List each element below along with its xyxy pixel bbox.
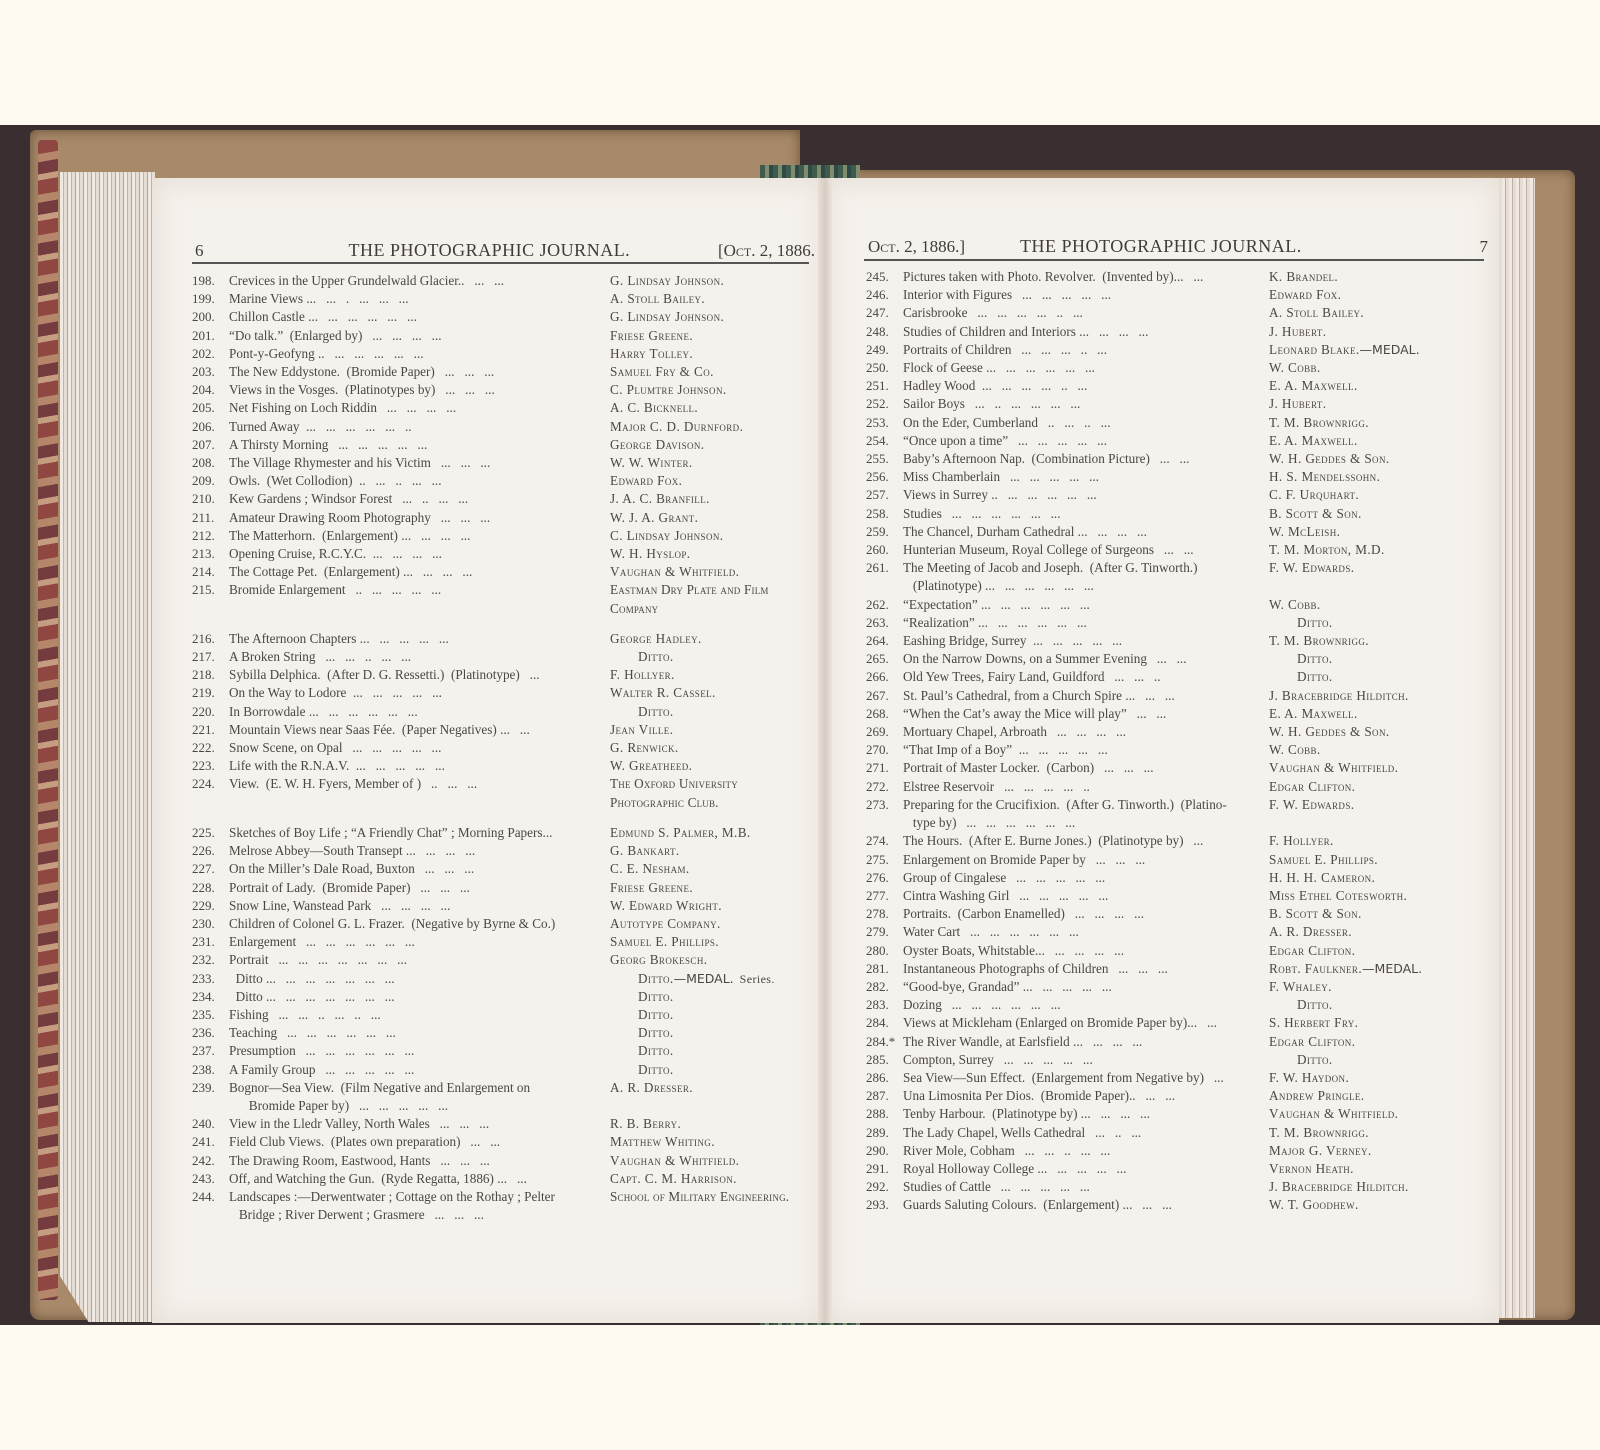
exhibitor-name: Edward Fox. <box>604 472 810 490</box>
exhibit-title: Marine Views ... ... . ... ... ... <box>229 290 604 308</box>
exhibit-entry: 237.Presumption ... ... ... ... ... ...D… <box>192 1042 822 1060</box>
exhibitor-name: W. Cobb. <box>1263 359 1479 377</box>
exhibit-number: 276. <box>866 869 903 887</box>
exhibit-title: Kew Gardens ; Windsor Forest ... .. ... … <box>229 490 604 508</box>
exhibitor-name-text: W. Cobb. <box>1269 742 1321 757</box>
exhibitor-name-text: E. A. Maxwell. <box>1269 378 1358 393</box>
exhibit-number: 224. <box>192 775 229 793</box>
exhibit-entry: 284.Views at Mickleham (Enlarged on Brom… <box>866 1014 1496 1032</box>
exhibit-entry: 278.Portraits. (Carbon Enamelled) ... ..… <box>866 905 1496 923</box>
exhibitor-name: W. W. Winter. <box>604 454 810 472</box>
exhibit-entry: 238.A Family Group ... ... ... ... ...Di… <box>192 1061 822 1079</box>
exhibit-title: Miss Chamberlain ... ... ... ... ... <box>903 468 1263 486</box>
exhibit-title: Fishing ... ... .. ... .. ... <box>229 1006 604 1024</box>
exhibitor-name: A. C. Bicknell. <box>604 399 810 417</box>
exhibitor-name-text: W. J. A. Grant. <box>610 510 698 525</box>
exhibit-title: Snow Line, Wanstead Park ... ... ... ... <box>229 897 604 915</box>
exhibit-title: River Mole, Cobham ... ... .. ... ... <box>903 1142 1263 1160</box>
exhibitor-name: W. T. Goodhew. <box>1263 1196 1479 1214</box>
exhibitor-name-text: Ditto. <box>638 1025 674 1040</box>
exhibit-number: 253. <box>866 414 903 432</box>
exhibit-title: Old Yew Trees, Fairy Land, Guildford ...… <box>903 668 1263 686</box>
exhibitor-name-text: G. Lindsay Johnson. <box>610 309 724 324</box>
issue-date: [Oct. 2, 1886. <box>718 241 815 261</box>
exhibit-entry: 256.Miss Chamberlain ... ... ... ... ...… <box>866 468 1496 486</box>
exhibit-title: St. Paul’s Cathedral, from a Church Spir… <box>903 687 1263 705</box>
exhibitor-name: Ditto. <box>604 988 838 1006</box>
exhibit-number: 240. <box>192 1115 229 1133</box>
exhibit-number: 229. <box>192 897 229 915</box>
medal-badge: —MEDAL. <box>1362 961 1422 976</box>
exhibitor-name: Andrew Pringle. <box>1263 1087 1479 1105</box>
exhibit-entry: 213.Opening Cruise, R.C.Y.C. ... ... ...… <box>192 545 822 563</box>
exhibit-entry: 290.River Mole, Cobham ... ... .. ... ..… <box>866 1142 1496 1160</box>
exhibit-entry: 266.Old Yew Trees, Fairy Land, Guildford… <box>866 668 1496 686</box>
exhibitor-name-text: Leonard Blake. <box>1269 342 1360 357</box>
exhibitor-name-text: W. T. Goodhew. <box>1269 1197 1359 1212</box>
exhibit-title: Portraits of Children ... ... ... .. ... <box>903 341 1263 359</box>
exhibit-number: 228. <box>192 879 229 897</box>
exhibit-number: 239. <box>192 1079 229 1097</box>
exhibitor-name-text: J. Hubert. <box>1269 324 1327 339</box>
header-rule <box>864 259 1484 261</box>
exhibit-title: Interior with Figures ... ... ... ... ..… <box>903 286 1263 304</box>
exhibitor-name-text: Harry Tolley. <box>610 346 693 361</box>
exhibitor-name: J. Hubert. <box>1263 395 1479 413</box>
exhibit-title: Amateur Drawing Room Photography ... ...… <box>229 509 604 527</box>
exhibit-entry: 276.Group of Cingalese ... ... ... ... .… <box>866 869 1496 887</box>
exhibitor-name: Ditto. <box>1263 668 1507 686</box>
exhibitor-name-text: G. Renwick. <box>610 740 679 755</box>
exhibit-entry: 215.Bromide Enlargement .. ... ... ... .… <box>192 581 822 617</box>
exhibit-entry: 260.Hunterian Museum, Royal College of S… <box>866 541 1496 559</box>
exhibit-number: 258. <box>866 505 903 523</box>
exhibit-title: Flock of Geese ... ... ... ... ... ... <box>903 359 1263 377</box>
exhibitor-name: Major C. D. Durnford. <box>604 418 810 436</box>
exhibit-number: 278. <box>866 905 903 923</box>
exhibit-number: 281. <box>866 960 903 978</box>
exhibitor-name: J. Hubert. <box>1263 323 1479 341</box>
exhibitor-name-text: W. McLeish. <box>1269 524 1340 539</box>
exhibit-number: 268. <box>866 705 903 723</box>
exhibit-number: 288. <box>866 1105 903 1123</box>
exhibit-title: Ditto ... ... ... ... ... ... ... <box>229 988 604 1006</box>
exhibitor-name: Leonard Blake.—MEDAL. <box>1263 341 1479 359</box>
exhibit-entry: 255.Baby’s Afternoon Nap. (Combination P… <box>866 450 1496 468</box>
exhibitor-name-text: B. Scott & Son. <box>1269 906 1362 921</box>
exhibit-number: 210. <box>192 490 229 508</box>
exhibitor-name-text: T. M. Brownrigg. <box>1269 633 1369 648</box>
exhibit-number: 235. <box>192 1006 229 1024</box>
exhibit-title: On the Way to Lodore ... ... ... ... ... <box>229 684 604 702</box>
exhibit-number: 238. <box>192 1061 229 1079</box>
exhibit-title: Instantaneous Photographs of Children ..… <box>903 960 1263 978</box>
exhibit-title: Una Limosnita Per Dios. (Bromide Paper).… <box>903 1087 1263 1105</box>
exhibit-title: A Family Group ... ... ... ... ... <box>229 1061 604 1079</box>
exhibit-number: 205. <box>192 399 229 417</box>
exhibit-title: Snow Scene, on Opal ... ... ... ... ... <box>229 739 604 757</box>
exhibit-list: 198.Crevices in the Upper Grundelwald Gl… <box>192 272 822 1224</box>
exhibit-entry: 236.Teaching ... ... ... ... ... ...Ditt… <box>192 1024 822 1042</box>
exhibitor-name: Matthew Whiting. <box>604 1133 810 1151</box>
spacer <box>192 812 822 824</box>
exhibitor-name: B. Scott & Son. <box>1263 905 1479 923</box>
exhibit-number: 204. <box>192 381 229 399</box>
exhibit-number: 242. <box>192 1152 229 1170</box>
exhibitor-name: Friese Greene. <box>604 879 810 897</box>
exhibit-entry: 198.Crevices in the Upper Grundelwald Gl… <box>192 272 822 290</box>
exhibit-number: 282. <box>866 978 903 996</box>
exhibit-entry: 244.Landscapes :—Derwentwater ; Cottage … <box>192 1188 822 1224</box>
exhibitor-name: F. Hollyer. <box>604 666 810 684</box>
exhibit-number: 241. <box>192 1133 229 1151</box>
exhibitor-name: A. R. Dresser. <box>604 1079 810 1097</box>
exhibit-title: Mortuary Chapel, Arbroath ... ... ... ..… <box>903 723 1263 741</box>
exhibitor-name-text: Capt. C. M. Harrison. <box>610 1171 737 1186</box>
exhibit-entry: 218.Sybilla Delphica. (After D. G. Resse… <box>192 666 822 684</box>
medal-badge: —MEDAL. <box>1360 342 1420 357</box>
exhibit-number: 269. <box>866 723 903 741</box>
exhibitor-name-text: G. Bankart. <box>610 843 680 858</box>
exhibit-entry: 228.Portrait of Lady. (Bromide Paper) ..… <box>192 879 822 897</box>
exhibit-entry: 212.The Matterhorn. (Enlargement) ... ..… <box>192 527 822 545</box>
exhibitor-name-text: H. H. H. Cameron. <box>1269 870 1375 885</box>
exhibit-entry: 259.The Chancel, Durham Cathedral ... ..… <box>866 523 1496 541</box>
exhibit-number: 207. <box>192 436 229 454</box>
exhibitor-name: C. Plumtre Johnson. <box>604 381 810 399</box>
exhibit-title: The Meeting of Jacob and Joseph. (After … <box>903 559 1263 595</box>
page-number: 6 <box>195 241 204 261</box>
exhibit-title: Sea View—Sun Effect. (Enlargement from N… <box>903 1069 1263 1087</box>
exhibitor-name: Vernon Heath. <box>1263 1160 1479 1178</box>
exhibit-title: Enlargement on Bromide Paper by ... ... … <box>903 851 1263 869</box>
exhibit-entry: 223.Life with the R.N.A.V. ... ... ... .… <box>192 757 822 775</box>
exhibit-entry: 227.On the Miller’s Dale Road, Buxton ..… <box>192 860 822 878</box>
exhibit-number: 280. <box>866 942 903 960</box>
exhibit-entry: 241.Field Club Views. (Plates own prepar… <box>192 1133 822 1151</box>
exhibit-number: 262. <box>866 596 903 614</box>
exhibitor-name-text: Samuel E. Phillips. <box>610 934 719 949</box>
exhibitor-name: Ditto.—MEDAL.Series. <box>604 970 838 988</box>
exhibit-entry: 285.Compton, Surrey ... ... ... ... ...D… <box>866 1051 1496 1069</box>
exhibit-number: 290. <box>866 1142 903 1160</box>
exhibit-entry: 221.Mountain Views near Saas Fée. (Paper… <box>192 721 822 739</box>
exhibit-number: 279. <box>866 923 903 941</box>
spacer <box>192 618 822 630</box>
exhibit-number: 260. <box>866 541 903 559</box>
exhibit-title: Portraits. (Carbon Enamelled) ... ... ..… <box>903 905 1263 923</box>
exhibit-entry: 231.Enlargement ... ... ... ... ... ...S… <box>192 933 822 951</box>
exhibitor-name: F. Whaley. <box>1263 978 1479 996</box>
exhibit-number: 237. <box>192 1042 229 1060</box>
exhibitor-name-text: Edgar Clifton. <box>1269 943 1355 958</box>
exhibit-entry: 261.The Meeting of Jacob and Joseph. (Af… <box>866 559 1496 595</box>
exhibit-number: 213. <box>192 545 229 563</box>
exhibitor-name: Vaughan & Whitfield. <box>1263 759 1479 777</box>
exhibit-entry: 262.“Expectation” ... ... ... ... ... ..… <box>866 596 1496 614</box>
exhibitor-name: J. Bracebridge Hilditch. <box>1263 1178 1479 1196</box>
exhibitor-name: Capt. C. M. Harrison. <box>604 1170 810 1188</box>
exhibitor-name-text: Georg Brokesch. <box>610 952 707 967</box>
exhibitor-name: W. H. Geddes & Son. <box>1263 723 1479 741</box>
exhibit-entry: 272.Elstree Reservoir ... ... ... ... ..… <box>866 778 1496 796</box>
exhibit-number: 243. <box>192 1170 229 1188</box>
exhibitor-name-text: Samuel E. Phillips. <box>1269 852 1378 867</box>
exhibit-number: 291. <box>866 1160 903 1178</box>
exhibitor-name-text: Walter R. Cassel. <box>610 685 716 700</box>
exhibitor-name: F. W. Edwards. <box>1263 796 1479 814</box>
exhibitor-name-text: Edward Fox. <box>610 473 682 488</box>
exhibit-entry: 201.“Do talk.” (Enlarged by) ... ... ...… <box>192 327 822 345</box>
exhibit-number: 230. <box>192 915 229 933</box>
exhibitor-name: B. Scott & Son. <box>1263 505 1479 523</box>
exhibitor-name: Jean Ville. <box>604 721 810 739</box>
exhibit-title: Life with the R.N.A.V. ... ... ... ... .… <box>229 757 604 775</box>
exhibitor-name: Georg Brokesch. <box>604 951 810 969</box>
exhibit-title: Guards Saluting Colours. (Enlargement) .… <box>903 1196 1263 1214</box>
exhibit-number: 222. <box>192 739 229 757</box>
exhibitor-name: Walter R. Cassel. <box>604 684 810 702</box>
exhibit-number: 266. <box>866 668 903 686</box>
exhibit-entry: 214.The Cottage Pet. (Enlargement) ... .… <box>192 563 822 581</box>
exhibit-number: 202. <box>192 345 229 363</box>
exhibit-title: Off, and Watching the Gun. (Ryde Regatta… <box>229 1170 604 1188</box>
exhibit-title: Presumption ... ... ... ... ... ... <box>229 1042 604 1060</box>
exhibit-entry: 208.The Village Rhymester and his Victim… <box>192 454 822 472</box>
exhibit-number: 245. <box>866 268 903 286</box>
exhibitor-name-text: F. W. Edwards. <box>1269 560 1354 575</box>
exhibit-number: 249. <box>866 341 903 359</box>
exhibit-entry: 284.*The River Wandle, at Earlsfield ...… <box>866 1033 1496 1051</box>
journal-title: THE PHOTOGRAPHIC JOURNAL. <box>349 240 631 261</box>
exhibit-entry: 204.Views in the Vosges. (Platinotypes b… <box>192 381 822 399</box>
issue-date: Oct. 2, 1886.] <box>868 237 965 257</box>
exhibit-number: 234. <box>192 988 229 1006</box>
exhibitor-name-text: C. Plumtre Johnson. <box>610 382 727 397</box>
exhibitor-name-text: The Oxford University Photographic Club. <box>610 776 738 809</box>
exhibit-list: 245.Pictures taken with Photo. Revolver.… <box>866 268 1496 1215</box>
exhibit-title: Views in Surrey .. ... ... ... ... ... <box>903 486 1263 504</box>
exhibitor-name-text: Ditto. <box>638 1062 674 1077</box>
exhibit-number: 251. <box>866 377 903 395</box>
exhibitor-name-text: B. Scott & Son. <box>1269 506 1362 521</box>
exhibit-number: 265. <box>866 650 903 668</box>
exhibit-title: “Realization” ... ... ... ... ... ... <box>903 614 1263 632</box>
exhibit-entry: 247.Carisbrooke ... ... ... ... .. ...A.… <box>866 304 1496 322</box>
exhibit-title: Opening Cruise, R.C.Y.C. ... ... ... ... <box>229 545 604 563</box>
exhibit-title: Bromide Enlargement .. ... ... ... ... <box>229 581 604 599</box>
exhibitor-name-text: George Davison. <box>610 437 704 452</box>
exhibitor-name-text: W. Cobb. <box>1269 360 1321 375</box>
exhibit-title: “That Imp of a Boy” ... ... ... ... ... <box>903 741 1263 759</box>
exhibitor-name-text: T. M. Brownrigg. <box>1269 1125 1369 1140</box>
exhibit-number: 271. <box>866 759 903 777</box>
exhibit-title: Pont-y-Geofyng .. ... ... ... ... ... <box>229 345 604 363</box>
exhibitor-name: J. A. C. Branfill. <box>604 490 810 508</box>
exhibit-entry: 277.Cintra Washing Girl ... ... ... ... … <box>866 887 1496 905</box>
exhibitor-name-text: A. Stoll Bailey. <box>1269 305 1364 320</box>
exhibitor-name-text: Ditto. <box>1297 997 1333 1012</box>
exhibit-number: 216. <box>192 630 229 648</box>
exhibit-number: 226. <box>192 842 229 860</box>
exhibitor-name-text: Jean Ville. <box>610 722 673 737</box>
exhibit-number: 200. <box>192 308 229 326</box>
exhibit-entry: 222.Snow Scene, on Opal ... ... ... ... … <box>192 739 822 757</box>
exhibitor-name: E. A. Maxwell. <box>1263 705 1479 723</box>
exhibitor-name: Edward Fox. <box>1263 286 1479 304</box>
exhibitor-name: Ditto. <box>604 1024 838 1042</box>
exhibit-title: Pictures taken with Photo. Revolver. (In… <box>903 268 1263 286</box>
exhibit-entry: 282.“Good-bye, Grandad” ... ... ... ... … <box>866 978 1496 996</box>
exhibit-title: Portrait ... ... ... ... ... ... ... <box>229 951 604 969</box>
exhibit-number: 259. <box>866 523 903 541</box>
exhibit-number: 267. <box>866 687 903 705</box>
exhibitor-name-text: School of Military Engineering. <box>610 1189 789 1204</box>
exhibit-number: 289. <box>866 1124 903 1142</box>
exhibit-title: Elstree Reservoir ... ... ... ... .. <box>903 778 1263 796</box>
exhibitor-name-text: Edmund S. Palmer, M.B. <box>610 825 751 840</box>
exhibit-number: 246. <box>866 286 903 304</box>
exhibitor-name: Miss Ethel Cotesworth. <box>1263 887 1479 905</box>
exhibit-title: Turned Away ... ... ... ... ... .. <box>229 418 604 436</box>
exhibit-entry: 271.Portrait of Master Locker. (Carbon) … <box>866 759 1496 777</box>
exhibitor-name-text: Vaughan & Whitfield. <box>610 1153 739 1168</box>
exhibitor-name-text: E. A. Maxwell. <box>1269 706 1358 721</box>
exhibit-title: Baby’s Afternoon Nap. (Combination Pictu… <box>903 450 1263 468</box>
exhibit-entry: 242.The Drawing Room, Eastwood, Hants ..… <box>192 1152 822 1170</box>
exhibitor-name-text: Vernon Heath. <box>1269 1161 1354 1176</box>
exhibitor-name-text: Andrew Pringle. <box>1269 1088 1364 1103</box>
exhibit-title: Water Cart ... ... ... ... ... ... <box>903 923 1263 941</box>
exhibit-title: Children of Colonel G. L. Frazer. (Negat… <box>229 915 604 933</box>
exhibit-entry: 209.Owls. (Wet Collodion) .. ... .. ... … <box>192 472 822 490</box>
left-page: 6 THE PHOTOGRAPHIC JOURNAL. [Oct. 2, 188… <box>152 178 824 1323</box>
exhibit-entry: 273.Preparing for the Crucifixion. (Afte… <box>866 796 1496 832</box>
exhibitor-name: Eastman Dry Plate and Film Company <box>604 581 810 617</box>
exhibitor-name: Samuel E. Phillips. <box>1263 851 1479 869</box>
exhibit-entry: 216.The Afternoon Chapters ... ... ... .… <box>192 630 822 648</box>
exhibitor-name: K. Brandel. <box>1263 268 1479 286</box>
exhibit-number: 218. <box>192 666 229 684</box>
exhibitor-name: Major G. Verney. <box>1263 1142 1479 1160</box>
exhibitor-name-text: H. S. Mendelssohn. <box>1269 469 1380 484</box>
exhibit-number: 257. <box>866 486 903 504</box>
exhibitor-name: Ditto. <box>604 703 838 721</box>
exhibitor-name-text: C. Lindsay Johnson. <box>610 528 723 543</box>
exhibit-entry: 280.Oyster Boats, Whitstable... ... ... … <box>866 942 1496 960</box>
exhibit-entry: 246.Interior with Figures ... ... ... ..… <box>866 286 1496 304</box>
exhibitor-name: A. Stoll Bailey. <box>1263 304 1479 322</box>
exhibit-entry: 268.“When the Cat’s away the Mice will p… <box>866 705 1496 723</box>
exhibit-number: 284. <box>866 1014 903 1032</box>
exhibitor-name-text: G. Lindsay Johnson. <box>610 273 724 288</box>
exhibit-title: In Borrowdale ... ... ... ... ... ... <box>229 703 604 721</box>
exhibitor-name: G. Bankart. <box>604 842 810 860</box>
exhibit-title: On the Narrow Downs, on a Summer Evening… <box>903 650 1263 668</box>
exhibit-title: Owls. (Wet Collodion) .. ... .. ... ... <box>229 472 604 490</box>
exhibit-entry: 234. Ditto ... ... ... ... ... ... ...Di… <box>192 988 822 1006</box>
exhibitor-name: G. Lindsay Johnson. <box>604 308 810 326</box>
exhibit-title: Sailor Boys ... .. ... ... ... ... <box>903 395 1263 413</box>
exhibit-entry: 225.Sketches of Boy Life ; “A Friendly C… <box>192 824 822 842</box>
exhibit-title: Eashing Bridge, Surrey ... ... ... ... .… <box>903 632 1263 650</box>
exhibit-title: Group of Cingalese ... ... ... ... ... <box>903 869 1263 887</box>
exhibit-entry: 232.Portrait ... ... ... ... ... ... ...… <box>192 951 822 969</box>
exhibitor-name-text: A. R. Dresser. <box>610 1080 693 1095</box>
exhibitor-name: C. F. Urquhart. <box>1263 486 1479 504</box>
exhibitor-name-text: Major C. D. Durnford. <box>610 419 743 434</box>
exhibit-entry: 203.The New Eddystone. (Bromide Paper) .… <box>192 363 822 381</box>
exhibitor-name: Ditto. <box>604 1061 838 1079</box>
exhibitor-name-text: F. W. Edwards. <box>1269 797 1354 812</box>
exhibit-entry: 206.Turned Away ... ... ... ... ... ..Ma… <box>192 418 822 436</box>
exhibit-number: 261. <box>866 559 903 577</box>
exhibitor-name-text: W. H. Hyslop. <box>610 546 690 561</box>
exhibit-number: 284.* <box>866 1033 903 1051</box>
exhibit-number: 275. <box>866 851 903 869</box>
exhibit-title: On the Miller’s Dale Road, Buxton ... ..… <box>229 860 604 878</box>
exhibit-title: Tenby Harbour. (Platinotype by) ... ... … <box>903 1105 1263 1123</box>
exhibit-title: Crevices in the Upper Grundelwald Glacie… <box>229 272 604 290</box>
exhibit-entry: 293.Guards Saluting Colours. (Enlargemen… <box>866 1196 1496 1214</box>
exhibitor-name-text: Ditto. <box>638 1007 674 1022</box>
exhibitor-name: W. Greatheed. <box>604 757 810 775</box>
exhibitor-name-text: A. Stoll Bailey. <box>610 291 705 306</box>
exhibitor-name: Friese Greene. <box>604 327 810 345</box>
exhibit-title: The New Eddystone. (Bromide Paper) ... .… <box>229 363 604 381</box>
exhibit-entry: 229.Snow Line, Wanstead Park ... ... ...… <box>192 897 822 915</box>
right-page: Oct. 2, 1886.] THE PHOTOGRAPHIC JOURNAL.… <box>824 178 1499 1323</box>
exhibit-title: Chillon Castle ... ... ... ... ... ... <box>229 308 604 326</box>
exhibitor-name: W. H. Hyslop. <box>604 545 810 563</box>
exhibit-title: The Drawing Room, Eastwood, Hants ... ..… <box>229 1152 604 1170</box>
exhibitor-name-text: F. W. Haydon. <box>1269 1070 1349 1085</box>
exhibit-entry: 230.Children of Colonel G. L. Frazer. (N… <box>192 915 822 933</box>
exhibitor-name-text: Matthew Whiting. <box>610 1134 715 1149</box>
exhibit-title: Hadley Wood ... ... ... ... .. ... <box>903 377 1263 395</box>
exhibitor-name-text: Vaughan & Whitfield. <box>1269 760 1398 775</box>
exhibitor-name: A. Stoll Bailey. <box>604 290 810 308</box>
exhibit-entry: 249.Portraits of Children ... ... ... ..… <box>866 341 1496 359</box>
exhibit-title: A Thirsty Morning ... ... ... ... ... <box>229 436 604 454</box>
exhibit-title: Studies of Children and Interiors ... ..… <box>903 323 1263 341</box>
exhibit-number: 244. <box>192 1188 229 1206</box>
page-number: 7 <box>1480 237 1489 257</box>
exhibitor-name: Vaughan & Whitfield. <box>1263 1105 1479 1123</box>
exhibit-title: Ditto ... ... ... ... ... ... ... <box>229 970 604 988</box>
exhibitor-name-text: C. F. Urquhart. <box>1269 487 1359 502</box>
exhibitor-name: The Oxford University Photographic Club. <box>604 775 810 811</box>
exhibitor-name: Vaughan & Whitfield. <box>604 563 810 581</box>
exhibit-title: The Afternoon Chapters ... ... ... ... .… <box>229 630 604 648</box>
exhibitor-name-text: A. R. Dresser. <box>1269 924 1352 939</box>
exhibitor-name: Ditto. <box>604 1042 838 1060</box>
exhibit-number: 285. <box>866 1051 903 1069</box>
exhibit-title: Royal Holloway College ... ... ... ... .… <box>903 1160 1263 1178</box>
exhibit-number: 252. <box>866 395 903 413</box>
exhibit-number: 287. <box>866 1087 903 1105</box>
exhibit-entry: 283.Dozing ... ... ... ... ... ...Ditto. <box>866 996 1496 1014</box>
exhibitor-name: Samuel Fry & Co. <box>604 363 810 381</box>
exhibitor-name: F. W. Edwards. <box>1263 559 1479 577</box>
exhibit-number: 273. <box>866 796 903 814</box>
exhibitor-name: R. B. Berry. <box>604 1115 810 1133</box>
exhibitor-name-text: E. A. Maxwell. <box>1269 433 1358 448</box>
series-note: Series. <box>740 972 775 986</box>
exhibit-entry: 219.On the Way to Lodore ... ... ... ...… <box>192 684 822 702</box>
exhibit-entry: 211.Amateur Drawing Room Photography ...… <box>192 509 822 527</box>
exhibit-number: 220. <box>192 703 229 721</box>
